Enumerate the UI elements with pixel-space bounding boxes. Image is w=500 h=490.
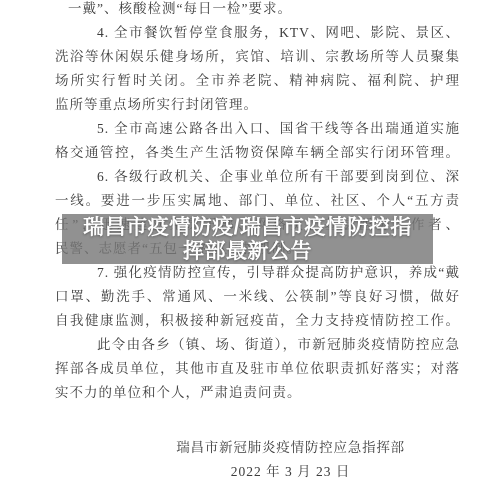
document-line: 挥部各成员单位，其他市直及驻市单位依职责抓好落实；对落 — [55, 357, 460, 381]
document-line: 实不力的单位和个人，严肃追责问责。 — [55, 381, 460, 405]
headline-line2: 挥部最新公告 — [62, 240, 433, 263]
document-line: 一线。要进一步压实属地、部门、单位、社区、个人“五方责 — [55, 189, 460, 213]
document-line: 口罩、勤洗手、常通风、一米线、公筷制”等良好习惯，做好 — [55, 285, 460, 309]
document-line: 7. 强化疫情防控宣传，引导群众提高防护意识，养成“戴 — [55, 261, 460, 285]
signature-block: 瑞昌市新冠肺炎疫情防控应急指挥部 2022 年 3 月 23 日 — [176, 436, 405, 483]
document-line: 一戴”、核酸检测“每日一检”要求。 — [55, 0, 460, 21]
document-line: 5. 全市高速公路各出入口、国省干线等各出瑞通道实施严 — [55, 117, 460, 141]
headline-line1: 瑞昌市疫情防疫/瑞昌市疫情防控指 — [62, 214, 433, 240]
document-page: 一戴”、核酸检测“每日一检”要求。 4. 全市餐饮暂停堂食服务，KTV、网吧、影… — [0, 0, 500, 490]
document-line: 自我健康监测，积极接种新冠疫苗，全力支持疫情防控工作。 — [55, 309, 460, 333]
document-line: 6. 各级行政机关、企事业单位所有干部要到岗到位、深入 — [55, 165, 460, 189]
document-line: 场所实行暂时关闭。全市养老院、精神病院、福利院、护理院、 — [55, 69, 460, 93]
headline-overlay-banner: 瑞昌市疫情防疫/瑞昌市疫情防控指 挥部最新公告 — [62, 214, 433, 264]
issue-date: 2022 年 3 月 23 日 — [176, 460, 405, 483]
document-text: 一戴”、核酸检测“每日一检”要求。 4. 全市餐饮暂停堂食服务，KTV、网吧、影… — [55, 0, 460, 405]
document-line: 此令由各乡（镇、场、街道），市新冠肺炎疫情防控应急指 — [55, 333, 460, 357]
document-line: 4. 全市餐饮暂停堂食服务，KTV、网吧、影院、景区、公园、 — [55, 21, 460, 45]
document-line: 监所等重点场所实行封闭管理。 — [55, 93, 460, 117]
document-line: 洗浴等休闲娱乐健身场所，宾馆、培训、宗教场所等人员聚集 — [55, 45, 460, 69]
issuer-signature: 瑞昌市新冠肺炎疫情防控应急指挥部 — [176, 436, 405, 460]
document-line: 格交通管控，各类生产生活物资保障车辆全部实行闭环管理。 — [55, 141, 460, 165]
